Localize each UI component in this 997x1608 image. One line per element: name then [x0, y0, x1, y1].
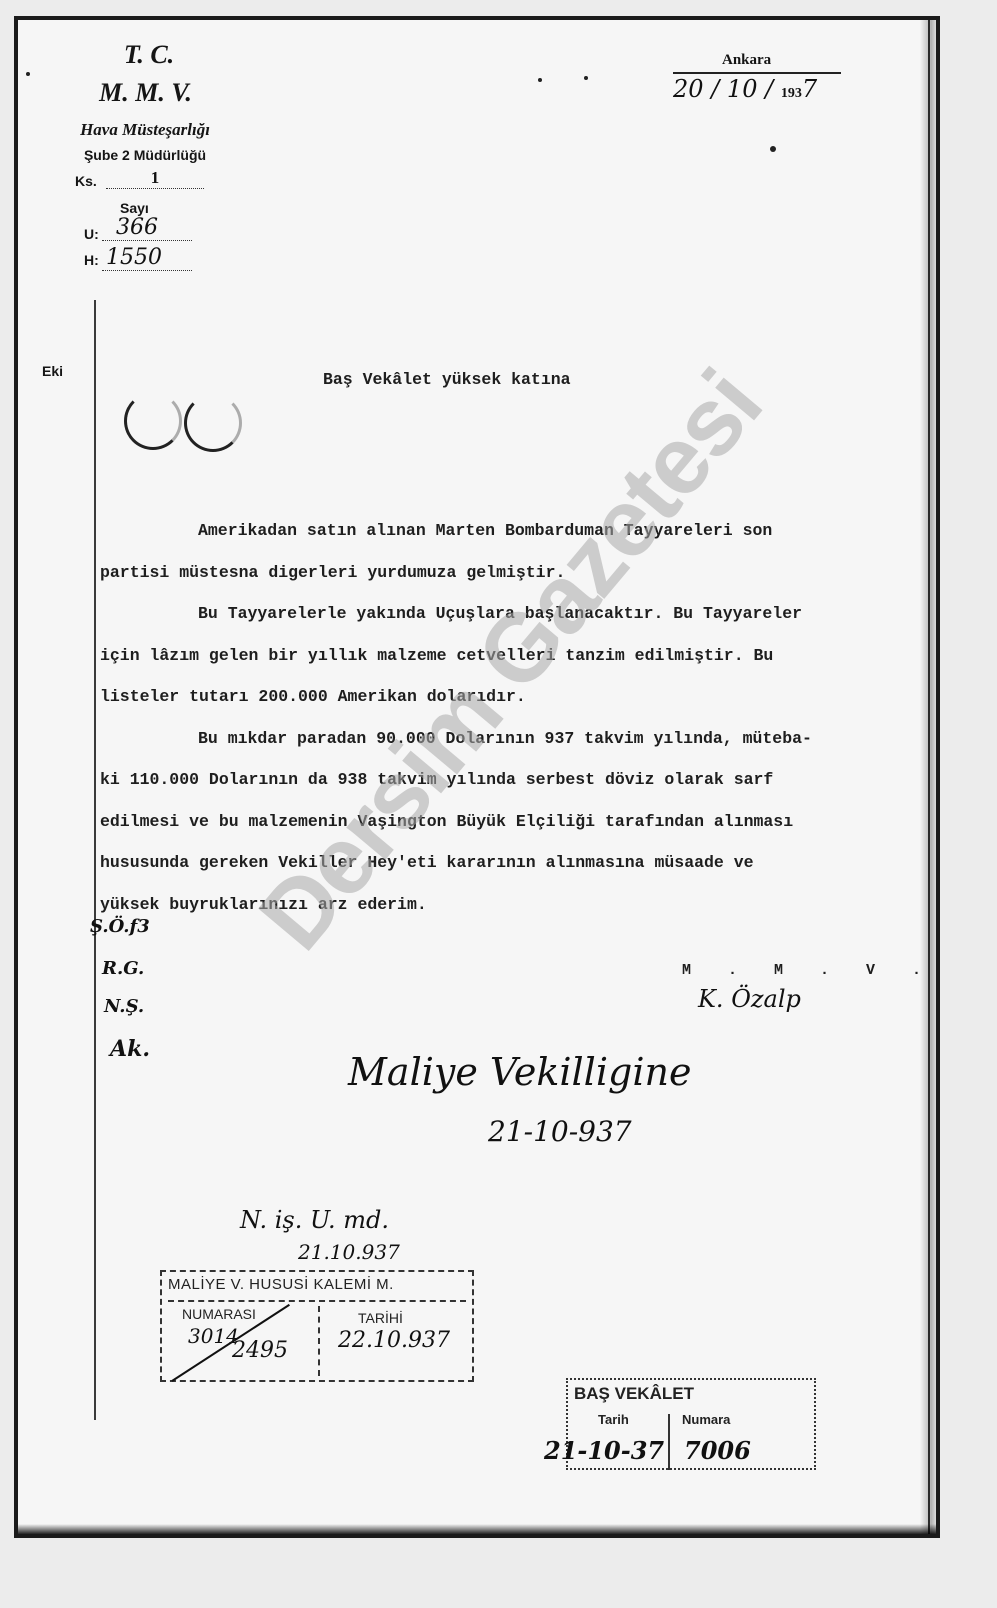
- archival-document-page: T. C. M. M. V. Hava Müsteşarlığı Şube 2 …: [14, 16, 940, 1538]
- addressee: Baş Vekâlet yüksek katına: [323, 370, 571, 389]
- stamp-divider: [318, 1306, 322, 1376]
- ink-speck: [538, 78, 542, 82]
- scan-bottom-edge: [18, 1524, 936, 1534]
- initial-mark: N.Ş.: [104, 996, 144, 1017]
- ink-speck: [770, 146, 776, 152]
- punch-hole-icon: [124, 392, 182, 450]
- ink-speck: [584, 76, 588, 80]
- maliye-receipt-stamp: MALİYE V. HUSUSİ KALEMİ M. NUMARASI 3014…: [160, 1270, 474, 1382]
- letterhead-branch: Şube 2 Müdürlüğü: [60, 147, 230, 163]
- stamp-number-label: NUMARASI: [182, 1306, 256, 1322]
- initial-mark: Ak.: [110, 1036, 150, 1062]
- letterhead-department: Hava Müsteşarlığı: [50, 120, 240, 140]
- signature: K. Özalp: [698, 985, 801, 1013]
- city-label: Ankara: [722, 52, 771, 69]
- stamp-date-value: 22.10.937: [338, 1328, 450, 1353]
- letter-date: 20 / 10 / 1937: [673, 75, 817, 103]
- initial-mark: Ş.Ö.f3: [90, 916, 150, 937]
- stamp-number-new: 2495: [232, 1338, 288, 1363]
- attachment-label: Eki: [42, 363, 63, 379]
- referral-date: 21-10-937: [488, 1115, 632, 1148]
- referral-note: Maliye Vekilligine: [348, 1050, 691, 1094]
- body-line: hususunda gereken Vekiller Hey'eti karar…: [100, 842, 930, 884]
- sayi-label: Sayı: [120, 200, 149, 216]
- ink-speck: [26, 72, 30, 76]
- basvekalet-receipt-stamp: BAŞ VEKÂLET Tarih Numara 21-10-37 7006: [566, 1378, 816, 1470]
- date-year-handwritten: 7: [802, 75, 817, 103]
- signature-org: M . M . V .: [682, 962, 935, 979]
- date-year-typed: 193: [781, 86, 802, 101]
- body-line: yüksek buyruklarınızı arz ederim.: [100, 884, 930, 926]
- h-number-value: 1550: [102, 245, 192, 271]
- u-number-label: U:: [84, 226, 99, 242]
- stamp-number-label: Numara: [682, 1412, 730, 1427]
- u-number-value: 366: [102, 215, 192, 241]
- h-number-label: H:: [84, 252, 99, 268]
- body-line: Amerikadan satın alınan Marten Bombardum…: [100, 510, 930, 552]
- punch-hole-icon: [184, 394, 242, 452]
- date-separator: /: [711, 75, 719, 103]
- date-month: 10: [727, 75, 758, 103]
- ks-label: Ks.: [75, 173, 97, 189]
- date-separator: /: [765, 75, 773, 103]
- body-line: ki 110.000 Dolarının da 938 takvim yılın…: [100, 759, 930, 801]
- stamp-number-value: 7006: [684, 1436, 751, 1465]
- stamp-divider: [668, 1414, 670, 1470]
- stamp-header: BAŞ VEKÂLET: [574, 1384, 694, 1404]
- stamp-date-value: 21-10-37: [544, 1436, 664, 1465]
- body-line: edilmesi ve bu malzemenin Vaşington Büyü…: [100, 801, 930, 843]
- stamp-date-label: TARİHİ: [358, 1310, 403, 1326]
- date-day: 20: [673, 75, 704, 103]
- margin-rule: [94, 300, 96, 1420]
- ministry-note-date: 21.10.937: [298, 1240, 400, 1264]
- date-underline: [673, 72, 841, 74]
- letterhead-ministry: M. M. V.: [73, 78, 218, 108]
- stamp-date-label: Tarih: [598, 1412, 629, 1427]
- stamp-header: MALİYE V. HUSUSİ KALEMİ M.: [168, 1276, 466, 1302]
- letterhead-state: T. C.: [104, 40, 194, 70]
- scan-edge-line: [928, 20, 930, 1534]
- ministry-note: N. iş. U. md.: [240, 1206, 389, 1234]
- initial-mark: R.G.: [102, 958, 144, 979]
- ks-value: 1: [106, 168, 204, 189]
